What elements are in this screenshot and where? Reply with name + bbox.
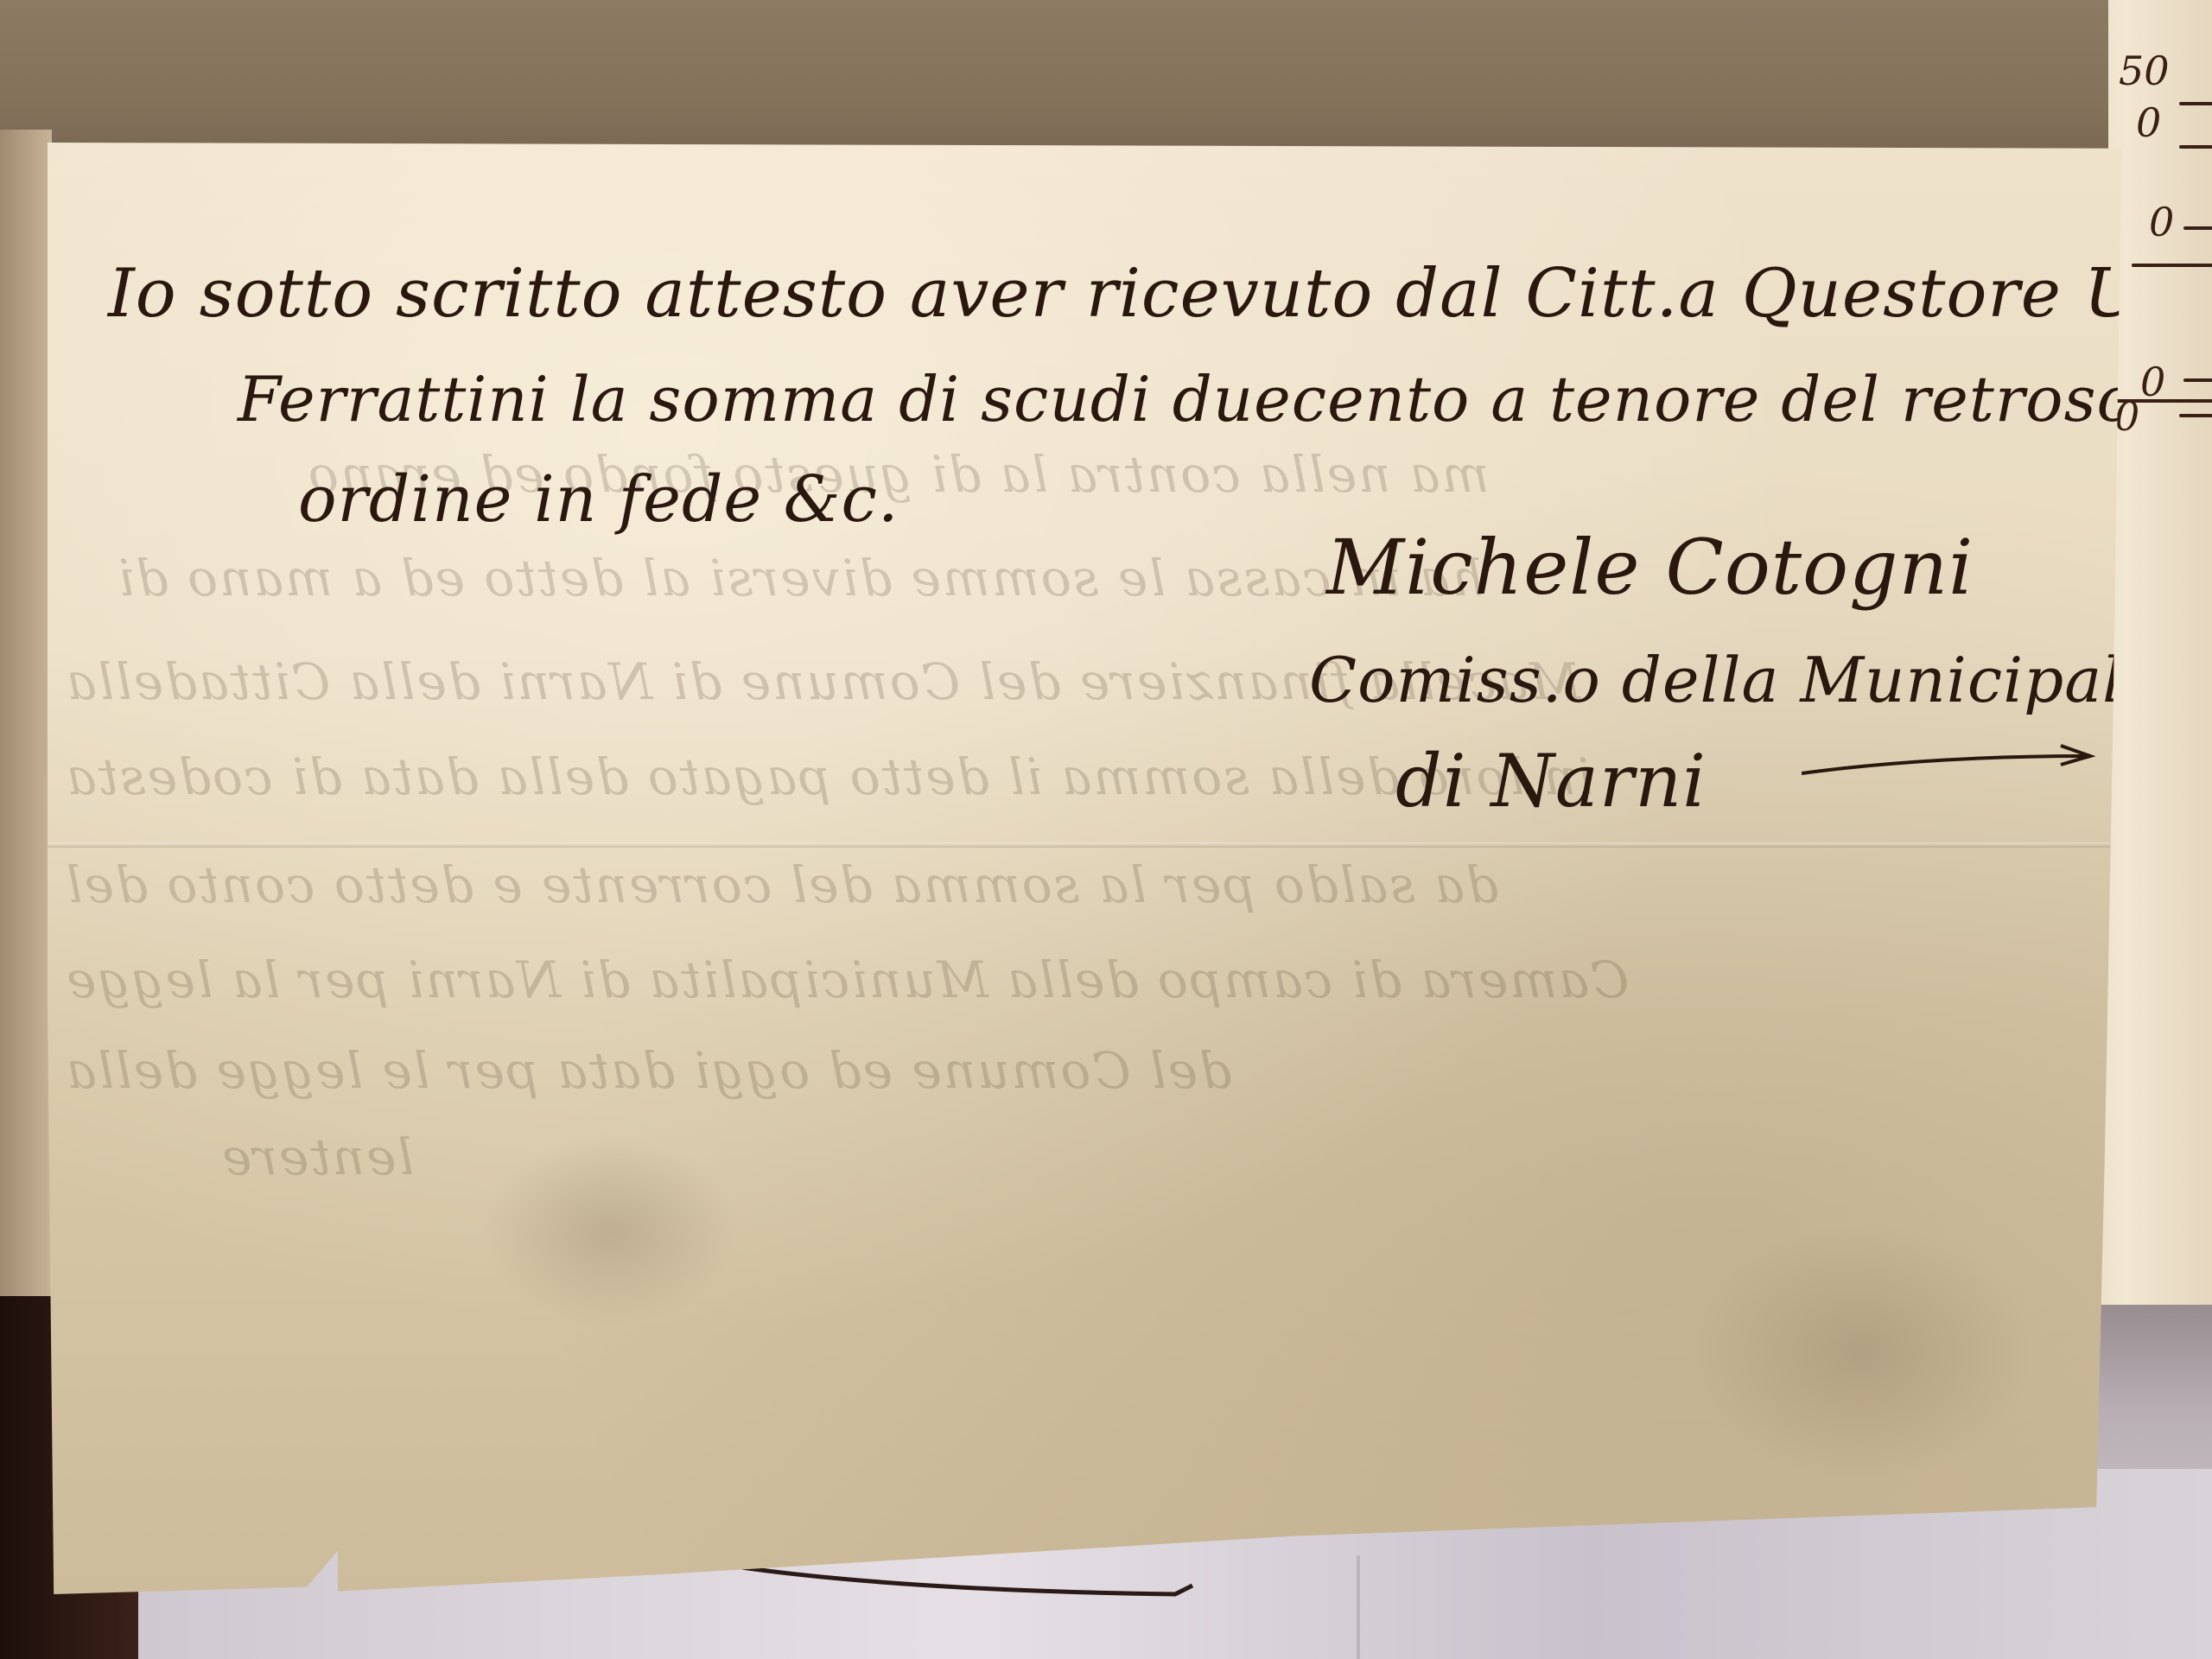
photo-scene: 50 0 0 0 0 ma nella contra la di guesto … <box>0 0 2212 1659</box>
ledger-rule <box>2183 226 2212 230</box>
receipt-line-1: Io sotto scritto attesto aver ricevuto d… <box>108 255 2212 333</box>
ledger-mark: 50 <box>2119 48 2170 94</box>
ledger-rule <box>2132 264 2212 267</box>
folded-back-flap <box>0 0 2108 151</box>
ledger-mark: 0 <box>2136 99 2161 146</box>
bleed-through-text: da saldo per la somma del corrente e det… <box>65 855 1498 914</box>
bleed-through-text: lentere <box>220 1128 414 1186</box>
bleed-through-text: del Comune ed oggi data per le legge del… <box>65 1041 1231 1100</box>
ledger-mark: 0 <box>2140 359 2165 405</box>
signature-flourish-icon <box>1802 739 2095 791</box>
signature-title: Comiss.o della Municipalità <box>1309 644 2208 716</box>
ledger-rule <box>2179 145 2212 149</box>
surface-divider <box>1357 1555 1360 1659</box>
receipt-paper: ma nella contra la di guesto fondo ed er… <box>48 143 2121 1594</box>
receipt-line-3: ordine in fede &c. <box>298 462 899 537</box>
paper-stain <box>480 1136 739 1326</box>
signature-place: di Narni <box>1395 739 1707 823</box>
ledger-mark: 0 <box>2149 199 2174 245</box>
bleed-through-text: ha in cassa le somme diversi al detto ed… <box>117 549 1484 607</box>
signature-name: Michele Cotogni <box>1326 523 1974 612</box>
ledger-rule <box>2179 414 2212 417</box>
ledger-mark: 0 <box>2114 393 2139 440</box>
ledger-rule <box>2179 102 2212 105</box>
folded-back-edge <box>0 130 52 1296</box>
paper-fold <box>48 842 2121 848</box>
bleed-through-text: in loro della somma il detto pagato dell… <box>65 747 1593 806</box>
receipt-line-2: Ferrattini la somma di scudi duecento a … <box>238 363 2212 435</box>
paper-stain <box>1689 1223 2035 1482</box>
ledger-rule <box>2183 378 2212 382</box>
bleed-through-text: Camera di campo della Municipalita di Na… <box>65 950 1629 1009</box>
